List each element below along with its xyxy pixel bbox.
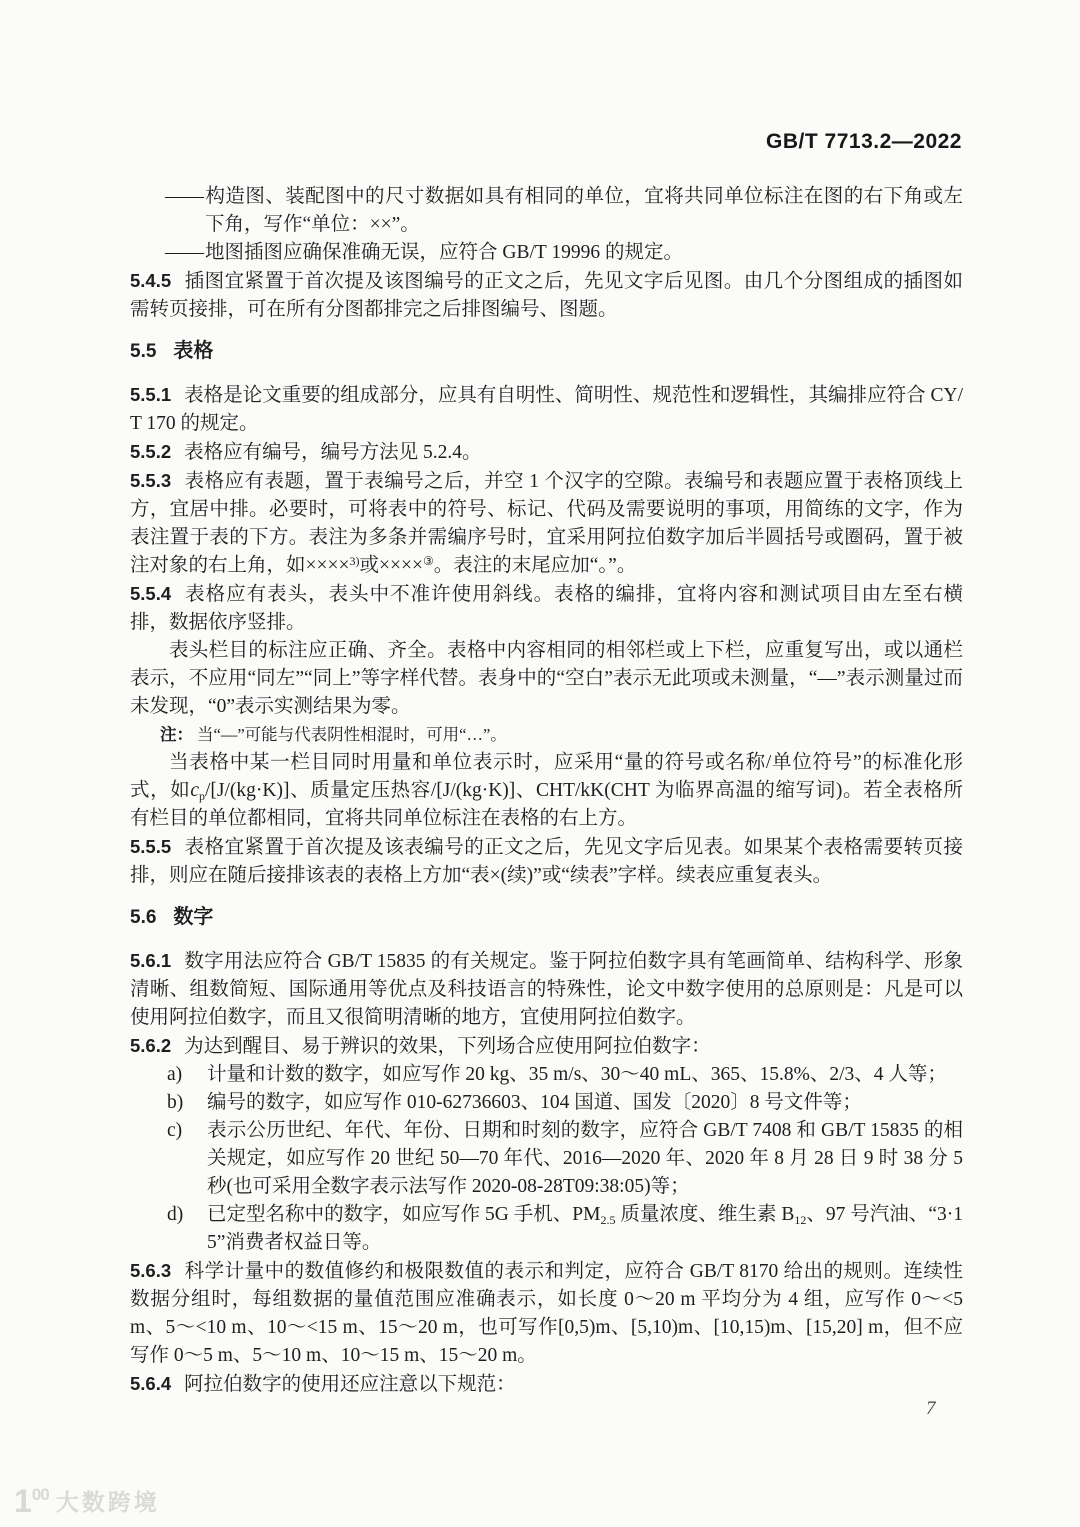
clause-number: 5.5.1 [130, 384, 171, 405]
clause-number: 5.5.2 [130, 441, 171, 462]
clause-text: 数字用法应符合 GB/T 15835 的有关规定。鉴于阿拉伯数字具有笔画简单、结… [130, 951, 963, 1028]
clause-5-6-3: 5.6.3科学计量中的数值修约和极限数值的表示和判定，应符合 GB/T 8170… [130, 1257, 963, 1370]
section-heading-numbers: 5.6数字 [130, 903, 963, 932]
variable-symbol: c [190, 780, 199, 801]
clause-5-5-2: 5.5.2表格应有编号，编号方法见 5.2.4。 [130, 438, 963, 467]
list-item-b: b)编号的数字，如应写作 010-62736603、104 国道、国发〔2020… [167, 1089, 963, 1117]
clause-5-6-2: 5.6.2为达到醒目、易于辨识的效果，下列场合应使用阿拉伯数字： [130, 1032, 963, 1061]
dash-marker: —— [165, 183, 205, 211]
list-item-d: d)已定型名称中的数字，如应写作 5G 手机、PM2.5 质量浓度、维生素 B1… [167, 1201, 963, 1257]
section-number: 5.5 [130, 341, 156, 362]
note-line: 注：当“—”可能与代表阴性相混时，可用“…”。 [160, 721, 963, 749]
paragraph-quantity-unit: 当表格中某一栏目同时用量和单位表示时，应采用“量的符号或名称/单位符号”的标准化… [130, 749, 963, 833]
clause-number: 5.5.3 [130, 470, 171, 491]
clause-5-5-5: 5.5.5表格宜紧置于首次提及该表编号的正文之后，先见文字后见表。如果某个表格需… [130, 833, 963, 890]
list-item-a: a)计量和计数的数字，如应写作 20 kg、35 m/s、30～40 mL、36… [167, 1061, 963, 1089]
dash-item-text: 地图插图应确保准确无误，应符合 GB/T 19996 的规定。 [205, 242, 683, 263]
clause-5-5-1: 5.5.1表格是论文重要的组成部分，应具有自明性、简明性、规范性和逻辑性，其编排… [130, 381, 963, 438]
paragraph-text: /[J/(kg·K)]、质量定压热容/[J/(kg·K)]、CHT/kK(CHT… [130, 780, 963, 829]
clause-text: 科学计量中的数值修约和极限数值的表示和判定，应符合 GB/T 8170 给出的规… [130, 1261, 963, 1366]
clause-number: 5.6.2 [130, 1035, 171, 1056]
note-text: 当“—”可能与代表阴性相混时，可用“…”。 [197, 725, 507, 744]
clause-text: 插图宜紧置于首次提及该图编号的正文之后，先见文字后见图。由几个分图组成的插图如需… [130, 271, 963, 320]
clause-number: 5.6.3 [130, 1260, 171, 1281]
dash-item-unit-note: ——构造图、装配图中的尺寸数据如具有相同的单位，宜将共同单位标注在图的右下角或左… [165, 183, 963, 239]
clause-5-5-3: 5.5.3表格应有表题，置于表编号之后，并空 1 个汉字的空隙。表编号和表题应置… [130, 467, 963, 580]
circled-number-superscript: ③ [423, 554, 434, 568]
list-marker: b) [167, 1089, 207, 1117]
clause-5-6-4: 5.6.4阿拉伯数字的使用还应注意以下规范： [130, 1370, 963, 1399]
standard-number: GB/T 7713.2—2022 [766, 130, 962, 154]
list-marker: c) [167, 1117, 207, 1145]
clause-text: 表格应有表头，表头中不准许使用斜线。表格的编排，宜将内容和测试项目由左至右横排，… [130, 584, 963, 633]
note-label: 注： [160, 726, 193, 744]
chemical-subscript: 2.5 [601, 1213, 616, 1227]
clause-text: 表格宜紧置于首次提及该表编号的正文之后，先见文字后见表。如果某个表格需要转页接排… [130, 837, 963, 886]
dash-marker: —— [165, 239, 205, 267]
list-item-text: 已定型名称中的数字，如应写作 5G 手机、PM [207, 1204, 601, 1225]
list-marker: d) [167, 1201, 207, 1229]
clause-5-4-5: 5.4.5插图宜紧置于首次提及该图编号的正文之后，先见文字后见图。由几个分图组成… [130, 267, 963, 324]
clause-text: 表格应有编号，编号方法见 5.2.4。 [184, 442, 481, 463]
clause-number: 5.4.5 [130, 270, 171, 291]
paragraph-table-header-rules: 表头栏目的标注应正确、齐全。表格中内容相同的相邻栏或上下栏，应重复写出，或以通栏… [130, 637, 963, 721]
clause-text: 表格是论文重要的组成部分，应具有自明性、简明性、规范性和逻辑性，其编排应符合 C… [130, 385, 963, 434]
document-page: GB/T 7713.2—2022 ——构造图、装配图中的尺寸数据如具有相同的单位… [0, 0, 1080, 1527]
clause-text: 或×××× [360, 555, 424, 576]
footnote-superscript: 3) [350, 554, 360, 568]
watermark-logo-icon: 100 [14, 1480, 49, 1516]
watermark-text: 大数跨境 [56, 1488, 160, 1516]
clause-number: 5.6.1 [130, 950, 171, 971]
clause-text: 。表注的末尾应加“。”。 [434, 555, 637, 576]
clause-text: 为达到醒目、易于辨识的效果，下列场合应使用阿拉伯数字： [184, 1036, 711, 1057]
watermark: 100 大数跨境 [14, 1480, 160, 1516]
clause-5-5-4: 5.5.4表格应有表头，表头中不准许使用斜线。表格的编排，宜将内容和测试项目由左… [130, 580, 963, 637]
clause-text: 阿拉伯数字的使用还应注意以下规范： [184, 1374, 516, 1395]
list-item-text: 表示公历世纪、年代、年份、日期和时刻的数字，应符合 GB/T 7408 和 GB… [207, 1120, 963, 1197]
document-body: ——构造图、装配图中的尺寸数据如具有相同的单位，宜将共同单位标注在图的右下角或左… [130, 183, 963, 1399]
list-item-text: 计量和计数的数字，如应写作 20 kg、35 m/s、30～40 mL、365、… [207, 1064, 947, 1085]
dash-item-map-note: ——地图插图应确保准确无误，应符合 GB/T 19996 的规定。 [165, 239, 963, 267]
list-item-text: 编号的数字，如应写作 010-62736603、104 国道、国发〔2020〕8… [207, 1092, 862, 1113]
section-heading-tables: 5.5表格 [130, 337, 963, 366]
section-title: 数字 [173, 906, 213, 928]
dash-item-text: 构造图、装配图中的尺寸数据如具有相同的单位，宜将共同单位标注在图的右下角或左下角… [205, 186, 963, 235]
list-marker: a) [167, 1061, 207, 1089]
list-item-text: 质量浓度、维生素 B [616, 1204, 795, 1225]
clause-number: 5.5.5 [130, 836, 171, 857]
clause-number: 5.5.4 [130, 583, 171, 604]
list-item-c: c)表示公历世纪、年代、年份、日期和时刻的数字，应符合 GB/T 7408 和 … [167, 1117, 963, 1201]
section-title: 表格 [173, 340, 213, 362]
vitamin-subscript: 12 [794, 1213, 806, 1227]
page-number: 7 [926, 1398, 936, 1420]
clause-5-6-1: 5.6.1数字用法应符合 GB/T 15835 的有关规定。鉴于阿拉伯数字具有笔… [130, 947, 963, 1032]
section-number: 5.6 [130, 907, 156, 928]
clause-number: 5.6.4 [130, 1373, 171, 1394]
